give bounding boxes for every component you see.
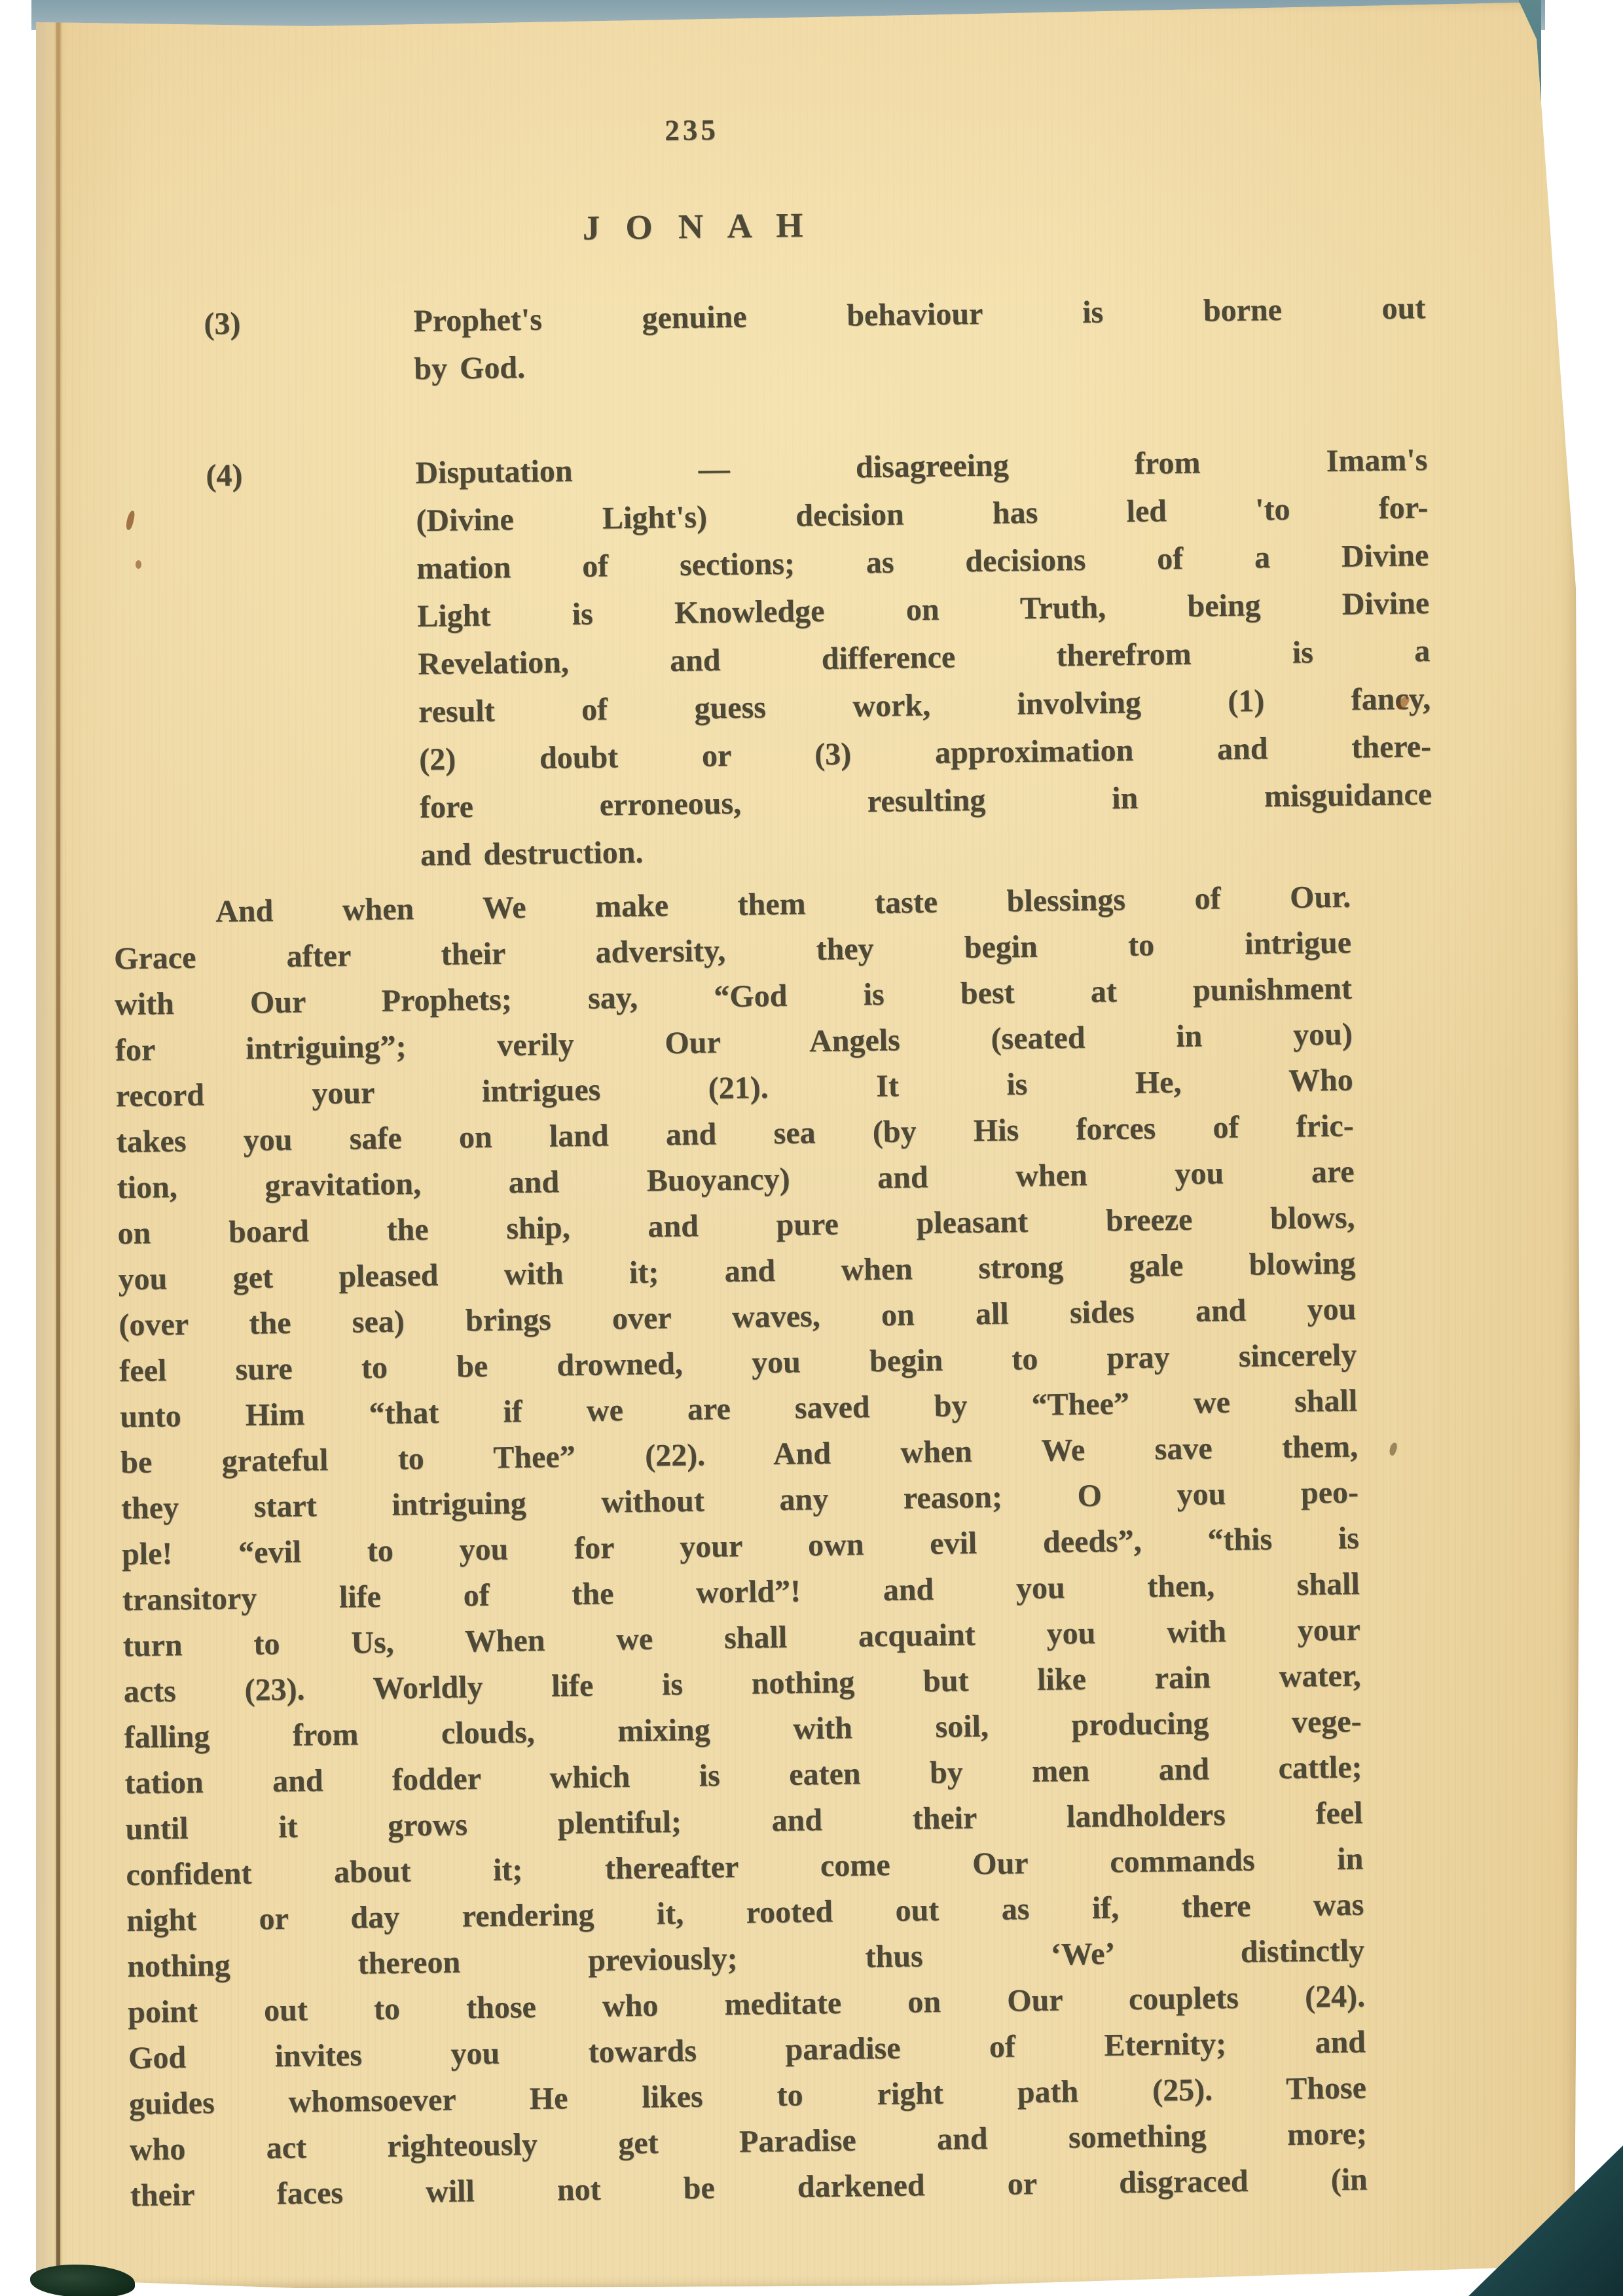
book-page: 235 J O N A H (3) Prophet's genuine beha… bbox=[36, 0, 1581, 2292]
note-lines: Disputation — disagreeing from Imam's(Di… bbox=[415, 436, 1432, 879]
page-number: 235 bbox=[73, 105, 1311, 155]
note-marker: (4) bbox=[206, 452, 243, 501]
scanned-book-photo: { "page_number": "235", "title": "J O N … bbox=[0, 0, 1623, 2296]
ink-speck bbox=[1388, 1442, 1398, 1456]
page-content: 235 J O N A H (3) Prophet's genuine beha… bbox=[101, 0, 1369, 2296]
note-marker: (3) bbox=[204, 300, 241, 349]
numbered-note: (3) Prophet's genuine behaviour is borne… bbox=[204, 285, 1328, 395]
ink-speck bbox=[136, 560, 141, 569]
numbered-note: (4) Disputation — disagreeing from Imam'… bbox=[206, 437, 1334, 882]
note-lines: Prophet's genuine behaviour is borne out… bbox=[413, 284, 1427, 393]
chapter-title: J O N A H bbox=[78, 199, 1316, 255]
commentary-paragraph: And when We make them taste blessings of… bbox=[113, 874, 1368, 2219]
